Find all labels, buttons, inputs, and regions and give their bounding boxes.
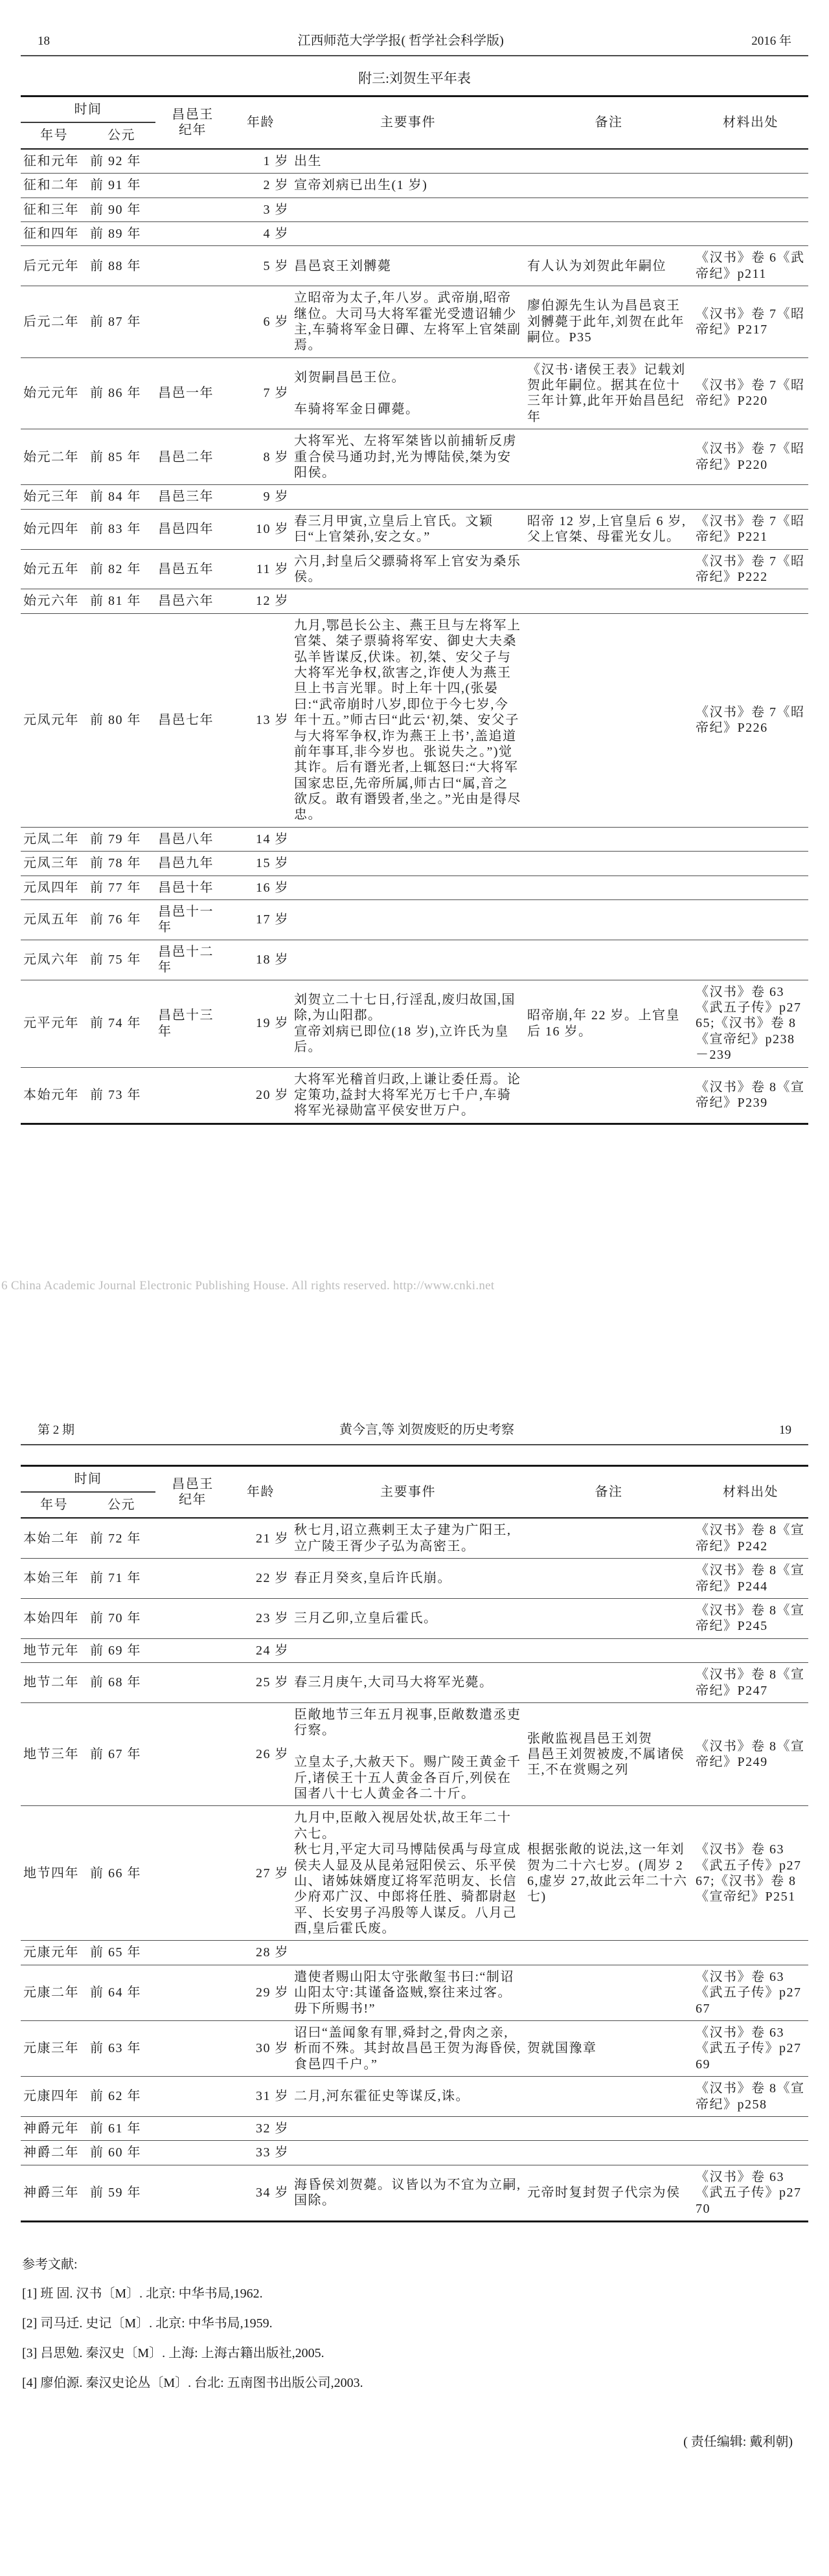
cell-event: 六月,封皇后父骠骑将军上官安为桑乐侯。 — [291, 549, 525, 589]
cell-reign — [155, 1638, 230, 1662]
cell-event: 昌邑哀王刘髆薨 — [291, 246, 525, 286]
cell-src: 《汉书》卷 8《宣帝纪》P242 — [693, 1518, 808, 1558]
cell-age: 14 岁 — [230, 827, 291, 851]
cell-src: 《汉书》卷 8《宣帝纪》p258 — [693, 2077, 808, 2117]
cell-age: 21 岁 — [230, 1518, 291, 1558]
table-row: 始元六年前 81 年昌邑六年12 岁 — [21, 589, 808, 613]
cell-note: 廖伯源先生认为昌邑哀王刘髆薨于此年,刘贺在此年嗣位。P35 — [525, 286, 693, 358]
cell-reign: 昌邑二年 — [155, 429, 230, 485]
page1-page-number: 18 — [38, 34, 50, 49]
cell-era: 本始三年 — [21, 1559, 87, 1599]
cell-era: 始元六年 — [21, 589, 87, 613]
cell-era: 始元五年 — [21, 549, 87, 589]
cell-event — [291, 2116, 525, 2140]
cell-bc: 前 85 年 — [87, 429, 155, 485]
cell-era: 征和元年 — [21, 149, 87, 174]
cell-event: 出生 — [291, 149, 525, 174]
cell-note: 昭帝崩,年 22 岁。上官皇后 16 岁。 — [525, 980, 693, 1067]
cell-bc: 前 80 年 — [87, 613, 155, 827]
cell-note — [525, 613, 693, 827]
cell-bc: 前 77 年 — [87, 876, 155, 899]
header-note: 备注 — [525, 1465, 693, 1518]
cell-age: 1 岁 — [230, 149, 291, 174]
header-time: 时间 — [21, 1465, 155, 1492]
table-row: 元凤六年前 75 年昌邑十二年18 岁 — [21, 940, 808, 980]
cell-note — [525, 1067, 693, 1124]
cell-event — [291, 1941, 525, 1965]
cell-era: 元康二年 — [21, 1965, 87, 2020]
cell-bc: 前 81 年 — [87, 589, 155, 613]
table-row: 元凤五年前 76 年昌邑十一年17 岁 — [21, 900, 808, 940]
cell-reign: 昌邑七年 — [155, 613, 230, 827]
header-event: 主要事件 — [291, 96, 525, 149]
table-row: 本始二年前 72 年21 岁秋七月,诏立燕剌王太子建为广阳王,立广陵王胥少子弘为… — [21, 1518, 808, 1558]
cell-src — [693, 589, 808, 613]
cell-src — [693, 485, 808, 509]
table-body-page2: 本始二年前 72 年21 岁秋七月,诏立燕剌王太子建为广阳王,立广陵王胥少子弘为… — [21, 1518, 808, 2221]
cell-bc: 前 60 年 — [87, 2141, 155, 2165]
cell-note — [525, 174, 693, 198]
page1-journal-title: 江西师范大学学报( 哲学社会科学版) — [297, 30, 503, 49]
cell-note — [525, 1941, 693, 1965]
cell-reign — [155, 286, 230, 358]
header-bc: 公元 — [87, 122, 155, 148]
cell-event — [291, 876, 525, 899]
cell-bc: 前 88 年 — [87, 246, 155, 286]
cell-age: 9 岁 — [230, 485, 291, 509]
cell-era: 地节二年 — [21, 1663, 87, 1703]
cell-reign: 昌邑三年 — [155, 485, 230, 509]
cell-note — [525, 149, 693, 174]
cell-note: 张敞监视昌邑王刘贺 昌邑王刘贺被废,不属诸侯王,不在赏赐之列 — [525, 1703, 693, 1806]
cell-reign — [155, 221, 230, 245]
cell-event — [291, 589, 525, 613]
cell-age: 16 岁 — [230, 876, 291, 899]
cell-src — [693, 221, 808, 245]
cell-era: 始元元年 — [21, 357, 87, 429]
cell-age: 33 岁 — [230, 2141, 291, 2165]
table-row: 地节四年前 66 年27 岁九月中,臣敞入视居处状,故王年二十六七。 秋七月,平… — [21, 1806, 808, 1941]
cell-era: 地节三年 — [21, 1703, 87, 1806]
cell-era: 神爵二年 — [21, 2141, 87, 2165]
cell-reign: 昌邑十一年 — [155, 900, 230, 940]
table-header: 时间 昌邑王 纪年 年龄 主要事件 备注 材料出处 年号 公元 — [21, 1465, 808, 1518]
cell-era: 元康三年 — [21, 2021, 87, 2077]
cell-bc: 前 76 年 — [87, 900, 155, 940]
cell-event — [291, 940, 525, 980]
cell-src: 《汉书》卷 63《武五子传》p2765;《汉书》卷 8《宣帝纪》p238－239 — [693, 980, 808, 1067]
cell-event — [291, 1638, 525, 1662]
cell-event: 二月,河东霍征史等谋反,诛。 — [291, 2077, 525, 2117]
cell-age: 30 岁 — [230, 2021, 291, 2077]
cell-bc: 前 66 年 — [87, 1806, 155, 1941]
cell-event: 立昭帝为太子,年八岁。武帝崩,昭帝继位。大司马大将军霍光受遗诏辅少主,车骑将军金… — [291, 286, 525, 358]
cell-note: 《汉书·诸侯王表》记载刘贺此年嗣位。据其在位十三年计算,此年开始昌邑纪年 — [525, 357, 693, 429]
cell-era: 元凤六年 — [21, 940, 87, 980]
cell-bc: 前 91 年 — [87, 174, 155, 198]
cell-age: 15 岁 — [230, 852, 291, 876]
cell-bc: 前 68 年 — [87, 1663, 155, 1703]
cell-age: 13 岁 — [230, 613, 291, 827]
cell-era: 征和四年 — [21, 221, 87, 245]
cell-src: 《汉书》卷 63《武五子传》p2770 — [693, 2165, 808, 2221]
cell-era: 始元三年 — [21, 485, 87, 509]
cell-era: 元凤四年 — [21, 876, 87, 899]
cell-bc: 前 70 年 — [87, 1599, 155, 1639]
page1-year: 2016 年 — [751, 31, 791, 49]
cell-bc: 前 87 年 — [87, 286, 155, 358]
cell-age: 5 岁 — [230, 246, 291, 286]
table-row: 本始元年前 73 年20 岁大将军光稽首归政,上谦让委任焉。论定策功,益封大将军… — [21, 1067, 808, 1124]
page-2: 第 2 期 黄今言,等 刘贺废贬的历史考察 19 时间 昌邑王 纪年 年龄 主要… — [0, 1389, 829, 2450]
cell-reign — [155, 2116, 230, 2140]
header-bc: 公元 — [87, 1492, 155, 1518]
cell-event — [291, 900, 525, 940]
cell-reign — [155, 1703, 230, 1806]
cell-bc: 前 84 年 — [87, 485, 155, 509]
cell-age: 24 岁 — [230, 1638, 291, 1662]
cell-src: 《汉书》卷 7《昭帝纪》P226 — [693, 613, 808, 827]
page-1: 18 江西师范大学学报( 哲学社会科学版) 2016 年 附三:刘贺生平年表 时… — [0, 0, 829, 1293]
header-age: 年龄 — [230, 1465, 291, 1518]
page2-issue: 第 2 期 — [38, 1420, 74, 1438]
cell-reign — [155, 246, 230, 286]
cell-event: 大将军光稽首归政,上谦让委任焉。论定策功,益封大将军光万七千户,车骑将军光禄勋富… — [291, 1067, 525, 1124]
cell-bc: 前 78 年 — [87, 852, 155, 876]
appendix-table-title: 附三:刘贺生平年表 — [0, 68, 829, 87]
cell-reign: 昌邑十二年 — [155, 940, 230, 980]
cell-age: 18 岁 — [230, 940, 291, 980]
cell-src: 《汉书》卷 63《武五子传》p2767 — [693, 1965, 808, 2020]
cell-age: 29 岁 — [230, 1965, 291, 2020]
cell-src: 《汉书》卷 8《宣帝纪》P244 — [693, 1559, 808, 1599]
cnki-copyright-footer: 6 China Academic Journal Electronic Publ… — [0, 1279, 829, 1293]
cell-src: 《汉书》卷 8《宣帝纪》P249 — [693, 1703, 808, 1806]
table-row: 神爵二年前 60 年33 岁 — [21, 2141, 808, 2165]
cell-age: 34 岁 — [230, 2165, 291, 2221]
cell-src — [693, 876, 808, 899]
cell-event: 春三月甲寅,立皇后上官氏。文颖曰“上官桀孙,安之女。” — [291, 509, 525, 549]
cell-era: 始元二年 — [21, 429, 87, 485]
cell-age: 7 岁 — [230, 357, 291, 429]
cell-era: 本始二年 — [21, 1518, 87, 1558]
table-row: 征和三年前 90 年3 岁 — [21, 198, 808, 221]
cell-src — [693, 1638, 808, 1662]
cell-src — [693, 827, 808, 851]
header-era: 年号 — [21, 122, 87, 148]
cell-reign: 昌邑八年 — [155, 827, 230, 851]
table-row: 始元元年前 86 年昌邑一年7 岁刘贺嗣昌邑王位。 车骑将军金日磾薨。《汉书·诸… — [21, 357, 808, 429]
cell-age: 2 岁 — [230, 174, 291, 198]
cell-bc: 前 64 年 — [87, 1965, 155, 2020]
cell-age: 25 岁 — [230, 1663, 291, 1703]
cell-age: 8 岁 — [230, 429, 291, 485]
cell-era: 征和二年 — [21, 174, 87, 198]
table-row: 征和四年前 89 年4 岁 — [21, 221, 808, 245]
table-row: 元凤三年前 78 年昌邑九年15 岁 — [21, 852, 808, 876]
cell-src — [693, 174, 808, 198]
cell-era: 后元二年 — [21, 286, 87, 358]
reference-item: [2] 司马迁. 史记〔M〕. 北京: 中华书局,1959. — [22, 2312, 808, 2331]
cell-reign — [155, 1965, 230, 2020]
cell-reign: 昌邑九年 — [155, 852, 230, 876]
cell-era: 后元元年 — [21, 246, 87, 286]
cell-src — [693, 1941, 808, 1965]
cell-src: 《汉书》卷 63《武五子传》p2769 — [693, 2021, 808, 2077]
cell-bc: 前 67 年 — [87, 1703, 155, 1806]
cell-reign — [155, 2141, 230, 2165]
table-row: 元康四年前 62 年31 岁二月,河东霍征史等谋反,诛。《汉书》卷 8《宣帝纪》… — [21, 2077, 808, 2117]
cell-bc: 前 59 年 — [87, 2165, 155, 2221]
cell-era: 神爵三年 — [21, 2165, 87, 2221]
cell-src: 《汉书》卷 8《宣帝纪》P245 — [693, 1599, 808, 1639]
cell-age: 22 岁 — [230, 1559, 291, 1599]
cell-era: 元凤三年 — [21, 852, 87, 876]
table-row: 征和元年前 92 年1 岁出生 — [21, 149, 808, 174]
cell-age: 31 岁 — [230, 2077, 291, 2117]
cell-reign — [155, 1559, 230, 1599]
cell-event: 臣敞地节三年五月视事,臣敞数遣丞吏行察。 立皇太子,大赦天下。赐广陵王黄金千斤,… — [291, 1703, 525, 1806]
cell-bc: 前 79 年 — [87, 827, 155, 851]
table-row: 神爵元年前 61 年32 岁 — [21, 2116, 808, 2140]
table-row: 元平元年前 74 年昌邑十三年19 岁刘贺立二十七日,行淫乱,废归故国,国除,为… — [21, 980, 808, 1067]
table-row: 征和二年前 91 年2 岁宣帝刘病已出生(1 岁) — [21, 174, 808, 198]
table-row: 神爵三年前 59 年34 岁海昏侯刘贺薨。议皆以为不宜为立嗣,国除。元帝时复封贺… — [21, 2165, 808, 2221]
cell-age: 11 岁 — [230, 549, 291, 589]
cell-src: 《汉书》卷 7《昭帝纪》P221 — [693, 509, 808, 549]
cell-event — [291, 198, 525, 221]
cell-note — [525, 198, 693, 221]
references-list: [1] 班 固. 汉书〔M〕. 北京: 中华书局,1962.[2] 司马迁. 史… — [22, 2283, 808, 2391]
cell-age: 32 岁 — [230, 2116, 291, 2140]
cell-reign — [155, 1663, 230, 1703]
cell-bc: 前 74 年 — [87, 980, 155, 1067]
page2-article-title: 黄今言,等 刘贺废贬的历史考察 — [339, 1419, 514, 1438]
cell-era: 地节四年 — [21, 1806, 87, 1941]
page1-running-head: 18 江西师范大学学报( 哲学社会科学版) 2016 年 — [21, 0, 808, 56]
cell-src — [693, 198, 808, 221]
cell-reign — [155, 1941, 230, 1965]
cell-reign — [155, 198, 230, 221]
cell-event: 遣使者赐山阳太守张敞玺书曰:“制诏山阳太守:其谨备盗贼,察往来过客。毋下所赐书!… — [291, 1965, 525, 2020]
cell-note — [525, 589, 693, 613]
cell-note — [525, 549, 693, 589]
table-row: 始元五年前 82 年昌邑五年11 岁六月,封皇后父骠骑将军上官安为桑乐侯。《汉书… — [21, 549, 808, 589]
cell-note — [525, 827, 693, 851]
table-row: 元凤二年前 79 年昌邑八年14 岁 — [21, 827, 808, 851]
header-era: 年号 — [21, 1492, 87, 1518]
references-title: 参考文献: — [22, 2254, 808, 2272]
cell-age: 27 岁 — [230, 1806, 291, 1941]
cell-reign — [155, 1599, 230, 1639]
table-row: 元康三年前 63 年30 岁诏曰“盖闻象有罪,舜封之,骨肉之亲,析而不殊。其封故… — [21, 2021, 808, 2077]
cell-bc: 前 61 年 — [87, 2116, 155, 2140]
table-row: 地节三年前 67 年26 岁臣敞地节三年五月视事,臣敞数遣丞吏行察。 立皇太子,… — [21, 1703, 808, 1806]
references-section: 参考文献: [1] 班 固. 汉书〔M〕. 北京: 中华书局,1962.[2] … — [22, 2254, 808, 2391]
table-row: 元康元年前 65 年28 岁 — [21, 1941, 808, 1965]
journal-scan: { "page1": { "header": { "left": "18", "… — [0, 0, 829, 2576]
cell-event: 诏曰“盖闻象有罪,舜封之,骨肉之亲,析而不殊。其封故昌邑王贺为海昏侯,食邑四千户… — [291, 2021, 525, 2077]
cell-note: 昭帝 12 岁,上官皇后 6 岁,父上官桀、母霍光女儿。 — [525, 509, 693, 549]
cell-src — [693, 149, 808, 174]
cell-note — [525, 1638, 693, 1662]
cell-age: 3 岁 — [230, 198, 291, 221]
cell-era: 始元四年 — [21, 509, 87, 549]
cell-bc: 前 90 年 — [87, 198, 155, 221]
header-reign: 昌邑王 纪年 — [155, 1465, 230, 1518]
reference-item: [4] 廖伯源. 秦汉史论丛〔M〕. 台北: 五南图书出版公司,2003. — [22, 2372, 808, 2391]
cell-note — [525, 852, 693, 876]
cell-event — [291, 827, 525, 851]
cell-src: 《汉书》卷 8《宣帝纪》P239 — [693, 1067, 808, 1124]
cell-note: 根据张敞的说法,这一年刘贺为二十六七岁。(周岁 26,虚岁 27,故此云年二十六… — [525, 1806, 693, 1941]
cell-note: 贺就国豫章 — [525, 2021, 693, 2077]
cell-age: 23 岁 — [230, 1599, 291, 1639]
cell-src: 《汉书》卷 8《宣帝纪》P247 — [693, 1663, 808, 1703]
cell-note — [525, 2141, 693, 2165]
cell-reign — [155, 174, 230, 198]
cell-src — [693, 940, 808, 980]
cell-era: 本始元年 — [21, 1067, 87, 1124]
header-time: 时间 — [21, 96, 155, 123]
table-row: 本始四年前 70 年23 岁三月乙卯,立皇后霍氏。《汉书》卷 8《宣帝纪》P24… — [21, 1599, 808, 1639]
responsible-editor: ( 责任编辑: 戴利朝) — [0, 2431, 793, 2450]
cell-reign — [155, 1518, 230, 1558]
reference-item: [3] 吕思勉. 秦汉史〔M〕. 上海: 上海古籍出版社,2005. — [22, 2342, 808, 2361]
cell-age: 4 岁 — [230, 221, 291, 245]
cell-note — [525, 1965, 693, 2020]
table-row: 元康二年前 64 年29 岁遣使者赐山阳太守张敞玺书曰:“制诏山阳太守:其谨备盗… — [21, 1965, 808, 2020]
cell-note: 有人认为刘贺此年嗣位 — [525, 246, 693, 286]
cell-reign: 昌邑一年 — [155, 357, 230, 429]
cell-note — [525, 940, 693, 980]
cell-src: 《汉书》卷 7《昭帝纪》P220 — [693, 429, 808, 485]
header-note: 备注 — [525, 96, 693, 149]
cell-note — [525, 1518, 693, 1558]
cell-event: 海昏侯刘贺薨。议皆以为不宜为立嗣,国除。 — [291, 2165, 525, 2221]
cell-event: 宣帝刘病已出生(1 岁) — [291, 174, 525, 198]
cell-era: 元凤二年 — [21, 827, 87, 851]
cell-era: 本始四年 — [21, 1599, 87, 1639]
cell-event — [291, 221, 525, 245]
cell-reign: 昌邑十三年 — [155, 980, 230, 1067]
cell-note — [525, 429, 693, 485]
table-header: 时间 昌邑王 纪年 年龄 主要事件 备注 材料出处 年号 公元 — [21, 96, 808, 149]
cell-event: 九月中,臣敞入视居处状,故王年二十六七。 秋七月,平定大司马博陆侯禹与母宣成侯夫… — [291, 1806, 525, 1941]
cell-era: 元平元年 — [21, 980, 87, 1067]
cell-era: 征和三年 — [21, 198, 87, 221]
cell-age: 20 岁 — [230, 1067, 291, 1124]
cell-bc: 前 63 年 — [87, 2021, 155, 2077]
cell-bc: 前 72 年 — [87, 1518, 155, 1558]
cell-age: 19 岁 — [230, 980, 291, 1067]
table-row: 本始三年前 71 年22 岁春正月癸亥,皇后许氏崩。《汉书》卷 8《宣帝纪》P2… — [21, 1559, 808, 1599]
cell-event — [291, 485, 525, 509]
header-source: 材料出处 — [693, 1465, 808, 1518]
cell-event — [291, 2141, 525, 2165]
cell-age: 26 岁 — [230, 1703, 291, 1806]
cell-src — [693, 852, 808, 876]
cell-note — [525, 485, 693, 509]
cell-reign: 昌邑五年 — [155, 549, 230, 589]
table-row: 元凤元年前 80 年昌邑七年13 岁九月,鄂邑长公主、燕王旦与左将军上官桀、桀子… — [21, 613, 808, 827]
cell-bc: 前 83 年 — [87, 509, 155, 549]
cell-reign: 昌邑十年 — [155, 876, 230, 899]
cell-bc: 前 69 年 — [87, 1638, 155, 1662]
cell-reign: 昌邑四年 — [155, 509, 230, 549]
cell-era: 地节元年 — [21, 1638, 87, 1662]
reference-item: [1] 班 固. 汉书〔M〕. 北京: 中华书局,1962. — [22, 2283, 808, 2301]
cell-age: 10 岁 — [230, 509, 291, 549]
cell-src: 《汉书》卷 7《昭帝纪》P217 — [693, 286, 808, 358]
cell-src: 《汉书》卷 7《昭帝纪》P222 — [693, 549, 808, 589]
cell-note — [525, 1663, 693, 1703]
header-age: 年龄 — [230, 96, 291, 149]
cell-bc: 前 73 年 — [87, 1067, 155, 1124]
cell-note — [525, 876, 693, 899]
table-row: 始元二年前 85 年昌邑二年8 岁大将军光、左将军桀皆以前捕斩反虏重合侯马通功封… — [21, 429, 808, 485]
table-row: 地节二年前 68 年25 岁春三月庚午,大司马大将军光薨。《汉书》卷 8《宣帝纪… — [21, 1663, 808, 1703]
table-row: 始元三年前 84 年昌邑三年9 岁 — [21, 485, 808, 509]
cell-note — [525, 2077, 693, 2117]
cell-event: 春三月庚午,大司马大将军光薨。 — [291, 1663, 525, 1703]
cell-reign — [155, 1067, 230, 1124]
chronology-table-page2: 时间 昌邑王 纪年 年龄 主要事件 备注 材料出处 年号 公元 本始二年前 72… — [21, 1465, 808, 2222]
cell-bc: 前 92 年 — [87, 149, 155, 174]
cell-event: 三月乙卯,立皇后霍氏。 — [291, 1599, 525, 1639]
cell-age: 28 岁 — [230, 1941, 291, 1965]
cell-src — [693, 2116, 808, 2140]
cell-src: 《汉书》卷 7《昭帝纪》P220 — [693, 357, 808, 429]
cell-note — [525, 2116, 693, 2140]
cell-bc: 前 65 年 — [87, 1941, 155, 1965]
cell-note: 元帝时复封贺子代宗为侯 — [525, 2165, 693, 2221]
table-row: 始元四年前 83 年昌邑四年10 岁春三月甲寅,立皇后上官氏。文颖曰“上官桀孙,… — [21, 509, 808, 549]
cell-event: 大将军光、左将军桀皆以前捕斩反虏重合侯马通功封,光为博陆侯,桀为安阳侯。 — [291, 429, 525, 485]
cell-reign — [155, 2077, 230, 2117]
cell-src: 《汉书》卷 6《武帝纪》p211 — [693, 246, 808, 286]
chronology-table-page1: 时间 昌邑王 纪年 年龄 主要事件 备注 材料出处 年号 公元 征和元年前 92… — [21, 95, 808, 1125]
cell-note — [525, 1559, 693, 1599]
header-event: 主要事件 — [291, 1465, 525, 1518]
cell-bc: 前 82 年 — [87, 549, 155, 589]
cell-age: 6 岁 — [230, 286, 291, 358]
cell-event: 刘贺立二十七日,行淫乱,废归故国,国除,为山阳郡。 宣帝刘病已即位(18 岁),… — [291, 980, 525, 1067]
cell-bc: 前 75 年 — [87, 940, 155, 980]
cell-note — [525, 1599, 693, 1639]
cell-event — [291, 852, 525, 876]
cell-era: 元康四年 — [21, 2077, 87, 2117]
cell-reign — [155, 1806, 230, 1941]
table-row: 后元二年前 87 年6 岁立昭帝为太子,年八岁。武帝崩,昭帝继位。大司马大将军霍… — [21, 286, 808, 358]
cell-bc: 前 62 年 — [87, 2077, 155, 2117]
cell-note — [525, 900, 693, 940]
cell-event: 九月,鄂邑长公主、燕王旦与左将军上官桀、桀子票骑将军安、御史大夫桑弘羊皆谋反,伏… — [291, 613, 525, 827]
cell-bc: 前 86 年 — [87, 357, 155, 429]
cell-age: 12 岁 — [230, 589, 291, 613]
table-row: 元凤四年前 77 年昌邑十年16 岁 — [21, 876, 808, 899]
cell-reign — [155, 149, 230, 174]
cell-reign: 昌邑六年 — [155, 589, 230, 613]
cell-event: 刘贺嗣昌邑王位。 车骑将军金日磾薨。 — [291, 357, 525, 429]
header-source: 材料出处 — [693, 96, 808, 149]
cell-reign — [155, 2165, 230, 2221]
cell-era: 元凤元年 — [21, 613, 87, 827]
table-body-page1: 征和元年前 92 年1 岁出生征和二年前 91 年2 岁宣帝刘病已出生(1 岁)… — [21, 149, 808, 1124]
table-row: 地节元年前 69 年24 岁 — [21, 1638, 808, 1662]
cell-note — [525, 221, 693, 245]
cell-era: 神爵元年 — [21, 2116, 87, 2140]
